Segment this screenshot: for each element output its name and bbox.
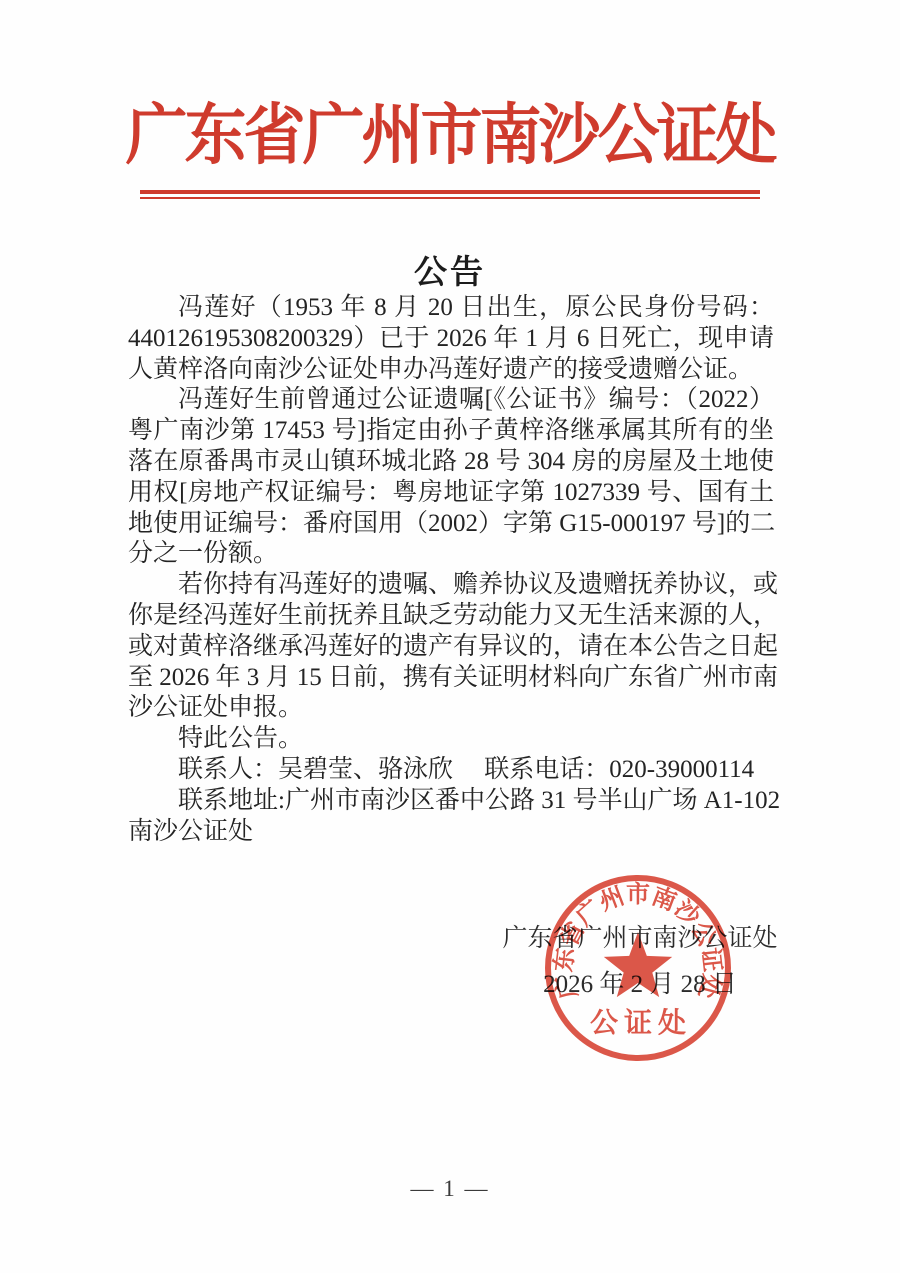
body-line: 地使用证编号：番府国用（2002）字第 G15-000197 号]的二 [128,509,774,540]
body-line: 冯莲好生前曾通过公证遗嘱[《公证书》编号：（2022） [128,385,774,416]
body-line: 特此公告。 [128,724,774,755]
body-line: 冯莲好（1953 年 8 月 20 日出生，原公民身份号码： [128,293,774,324]
letterhead-divider [140,190,760,199]
body-line: 440126195308200329）已于 2026 年 1 月 6 日死亡，现… [128,324,774,355]
body-line: 用权[房地产权证编号：粤房地证字第 1027339 号、国有土 [128,478,774,509]
body-line: 若你持有冯莲好的遗嘱、赡养协议及遗赠抚养协议，或 [128,570,774,601]
notice-title: 公告 [0,246,900,293]
page-number: — 1 — [0,1176,900,1202]
body-line: 人黄梓洛向南沙公证处申办冯莲好遗产的接受遗赠公证。 [128,355,774,386]
contact-address-line-2: 南沙公证处 [128,817,774,848]
body-line: 沙公证处申报。 [128,693,774,724]
document-page: 广东省广州市南沙公证处 公告 冯莲好（1953 年 8 月 20 日出生，原公民… [0,0,900,1273]
body-line: 粤广南沙第 17453 号]指定由孙子黄梓洛继承属其所有的坐 [128,416,774,447]
contact-person-line: 联系人：吴碧莹、骆泳欣 联系电话：020-39000114 [128,755,774,786]
official-seal-stamp: 广东省广州市南沙公证处 公证处 [538,866,738,1066]
notice-body: 冯莲好（1953 年 8 月 20 日出生，原公民身份号码： 440126195… [128,293,774,847]
body-line: 或对黄梓洛继承冯莲好的遗产有异议的，请在本公告之日起 [128,632,774,663]
body-line: 落在原番禺市灵山镇环城北路 28 号 304 房的房屋及土地使 [128,447,774,478]
body-line: 至 2026 年 3 月 15 日前，携有关证明材料向广东省广州市南 [128,663,774,694]
seal-bottom-text: 公证处 [590,1007,692,1039]
letterhead-org-name: 广东省广州市南沙公证处 [0,82,900,176]
body-line: 你是经冯莲好生前抚养且缺乏劳动能力又无生活来源的人， [128,601,774,632]
contact-address-line: 联系地址:广州市南沙区番中公路 31 号半山广场 A1-102 [128,786,774,817]
seal-star-icon [604,932,672,997]
body-line: 分之一份额。 [128,539,774,570]
